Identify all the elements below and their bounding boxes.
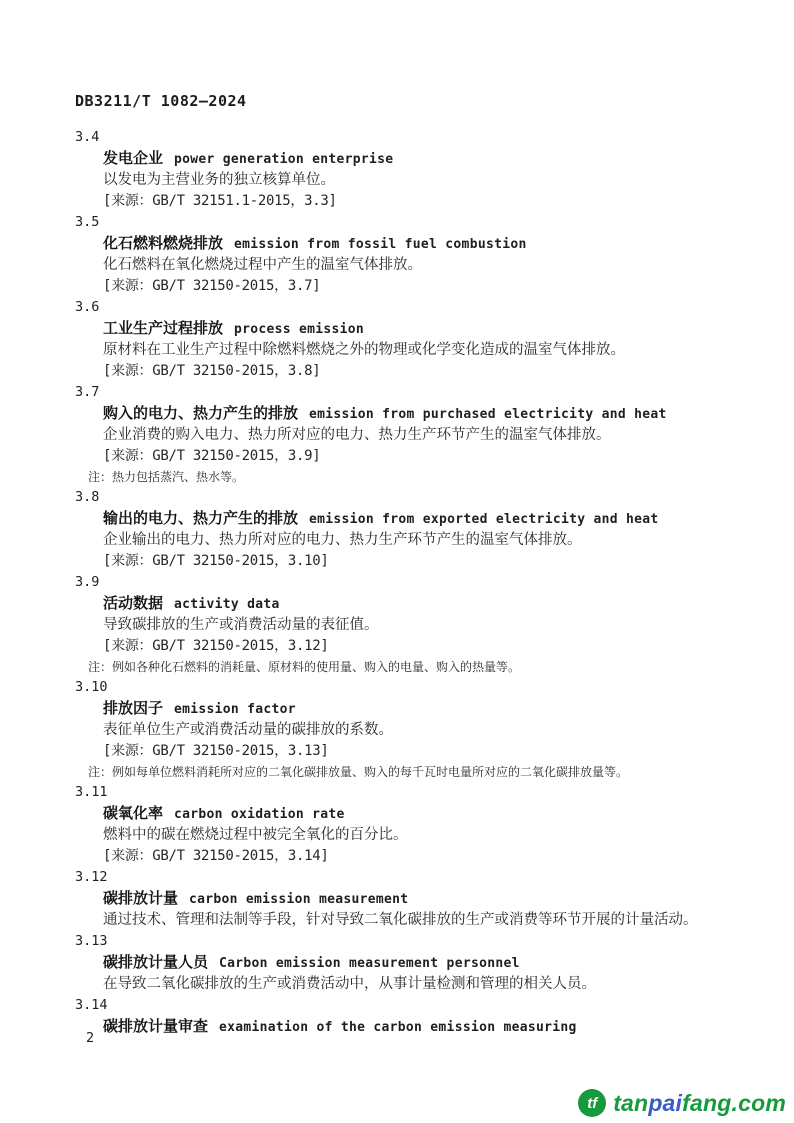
logo-text-part: pai <box>648 1090 682 1116</box>
term-heading: 排放因子emission factor <box>103 698 746 720</box>
term-section: 3.5 化石燃料燃烧排放emission from fossil fuel co… <box>75 212 746 297</box>
term-source-reference: [来源：GB/T 32150-2015，3.7] <box>103 276 746 297</box>
term-heading: 碳排放计量carbon emission measurement <box>103 888 746 910</box>
terms-sections-container: 3.4 发电企业power generation enterprise 以发电为… <box>75 127 746 1038</box>
term-heading: 碳排放计量人员Carbon emission measurement perso… <box>103 952 746 974</box>
term-definition: 化石燃料在氧化燃烧过程中产生的温室气体排放。 <box>103 255 746 276</box>
tanpaifang-logo-text: tanpaifang.com <box>613 1090 786 1117</box>
term-section: 3.13 碳排放计量人员Carbon emission measurement … <box>75 931 746 995</box>
term-english: emission factor <box>174 702 296 717</box>
term-chinese: 输出的电力、热力产生的排放 <box>103 511 298 527</box>
term-english: emission from exported electricity and h… <box>309 512 658 527</box>
term-definition: 企业消费的购入电力、热力所对应的电力、热力生产环节产生的温室气体排放。 <box>103 425 746 446</box>
term-definition: 原材料在工业生产过程中除燃料燃烧之外的物理或化学变化造成的温室气体排放。 <box>103 340 746 361</box>
logo-text-part: fang <box>682 1090 731 1116</box>
term-heading: 输出的电力、热力产生的排放emission from exported elec… <box>103 508 746 530</box>
term-source-reference: [来源：GB/T 32150-2015，3.12] <box>103 636 746 657</box>
term-section: 3.6 工业生产过程排放process emission 原材料在工业生产过程中… <box>75 297 746 382</box>
term-heading: 发电企业power generation enterprise <box>103 148 746 170</box>
term-section: 3.7 购入的电力、热力产生的排放emission from purchased… <box>75 382 746 487</box>
tanpaifang-logo-icon: tf <box>578 1089 606 1117</box>
term-definition: 在导致二氧化碳排放的生产或消费活动中，从事计量检测和管理的相关人员。 <box>103 974 746 995</box>
section-number: 3.4 <box>75 127 746 148</box>
document-standard-number: DB3211/T 1082—2024 <box>75 92 247 110</box>
term-source-reference: [来源：GB/T 32150-2015，3.13] <box>103 741 746 762</box>
section-number: 3.12 <box>75 867 746 888</box>
term-section: 3.14 碳排放计量审查examination of the carbon em… <box>75 995 746 1038</box>
term-heading: 碳氧化率carbon oxidation rate <box>103 803 746 825</box>
term-heading: 化石燃料燃烧排放emission from fossil fuel combus… <box>103 233 746 255</box>
term-chinese: 工业生产过程排放 <box>103 321 223 337</box>
term-english: emission from purchased electricity and … <box>309 407 667 422</box>
logo-text-part: .com <box>732 1090 786 1116</box>
term-english: Carbon emission measurement personnel <box>219 956 520 971</box>
term-source-reference: [来源：GB/T 32150-2015，3.10] <box>103 551 746 572</box>
logo-text-part: tan <box>613 1090 648 1116</box>
term-chinese: 购入的电力、热力产生的排放 <box>103 406 298 422</box>
term-chinese: 碳氧化率 <box>103 806 163 822</box>
term-section: 3.9 活动数据activity data 导致碳排放的生产或消费活动量的表征值… <box>75 572 746 677</box>
section-number: 3.9 <box>75 572 746 593</box>
term-english: activity data <box>174 597 280 612</box>
term-source-reference: [来源：GB/T 32150-2015，3.9] <box>103 446 746 467</box>
section-number: 3.7 <box>75 382 746 403</box>
term-chinese: 排放因子 <box>103 701 163 717</box>
term-section: 3.11 碳氧化率carbon oxidation rate 燃料中的碳在燃烧过… <box>75 782 746 867</box>
term-chinese: 碳排放计量 <box>103 891 178 907</box>
term-note: 注：热力包括蒸汽、热水等。 <box>88 467 746 487</box>
term-english: process emission <box>234 322 364 337</box>
term-heading: 工业生产过程排放process emission <box>103 318 746 340</box>
term-chinese: 发电企业 <box>103 151 163 167</box>
document-page: DB3211/T 1082—2024 3.4 发电企业power generat… <box>0 0 794 1123</box>
term-definition: 企业输出的电力、热力所对应的电力、热力生产环节产生的温室气体排放。 <box>103 530 746 551</box>
section-number: 3.8 <box>75 487 746 508</box>
term-chinese: 碳排放计量人员 <box>103 955 208 971</box>
term-definition: 导致碳排放的生产或消费活动量的表征值。 <box>103 615 746 636</box>
section-number: 3.14 <box>75 995 746 1016</box>
section-number: 3.10 <box>75 677 746 698</box>
term-definition: 表征单位生产或消费活动量的碳排放的系数。 <box>103 720 746 741</box>
term-definition: 以发电为主营业务的独立核算单位。 <box>103 170 746 191</box>
term-chinese: 碳排放计量审查 <box>103 1019 208 1035</box>
term-english: carbon oxidation rate <box>174 807 345 822</box>
term-source-reference: [来源：GB/T 32151.1-2015，3.3] <box>103 191 746 212</box>
term-definition: 燃料中的碳在燃烧过程中被完全氧化的百分比。 <box>103 825 746 846</box>
term-note: 注：例如各种化石燃料的消耗量、原材料的使用量、购入的电量、购入的热量等。 <box>88 657 746 677</box>
term-english: emission from fossil fuel combustion <box>234 237 527 252</box>
term-source-reference: [来源：GB/T 32150-2015，3.8] <box>103 361 746 382</box>
term-section: 3.12 碳排放计量carbon emission measurement 通过… <box>75 867 746 931</box>
term-english: carbon emission measurement <box>189 892 408 907</box>
term-source-reference: [来源：GB/T 32150-2015，3.14] <box>103 846 746 867</box>
term-english: power generation enterprise <box>174 152 393 167</box>
section-number: 3.11 <box>75 782 746 803</box>
term-note: 注：例如每单位燃料消耗所对应的二氧化碳排放量、购入的每千瓦时电量所对应的二氧化碳… <box>88 762 746 782</box>
term-chinese: 化石燃料燃烧排放 <box>103 236 223 252</box>
section-number: 3.6 <box>75 297 746 318</box>
term-heading: 活动数据activity data <box>103 593 746 615</box>
term-definition: 通过技术、管理和法制等手段，针对导致二氧化碳排放的生产或消费等环节开展的计量活动… <box>103 910 746 931</box>
section-number: 3.13 <box>75 931 746 952</box>
term-section: 3.8 输出的电力、热力产生的排放emission from exported … <box>75 487 746 572</box>
site-watermark: tf tanpaifang.com <box>578 1089 786 1117</box>
section-number: 3.5 <box>75 212 746 233</box>
term-heading: 购入的电力、热力产生的排放emission from purchased ele… <box>103 403 746 425</box>
term-english: examination of the carbon emission measu… <box>219 1020 577 1035</box>
term-chinese: 活动数据 <box>103 596 163 612</box>
term-section: 3.4 发电企业power generation enterprise 以发电为… <box>75 127 746 212</box>
term-section: 3.10 排放因子emission factor 表征单位生产或消费活动量的碳排… <box>75 677 746 782</box>
page-number: 2 <box>86 1029 94 1047</box>
term-heading: 碳排放计量审查examination of the carbon emissio… <box>103 1016 746 1038</box>
